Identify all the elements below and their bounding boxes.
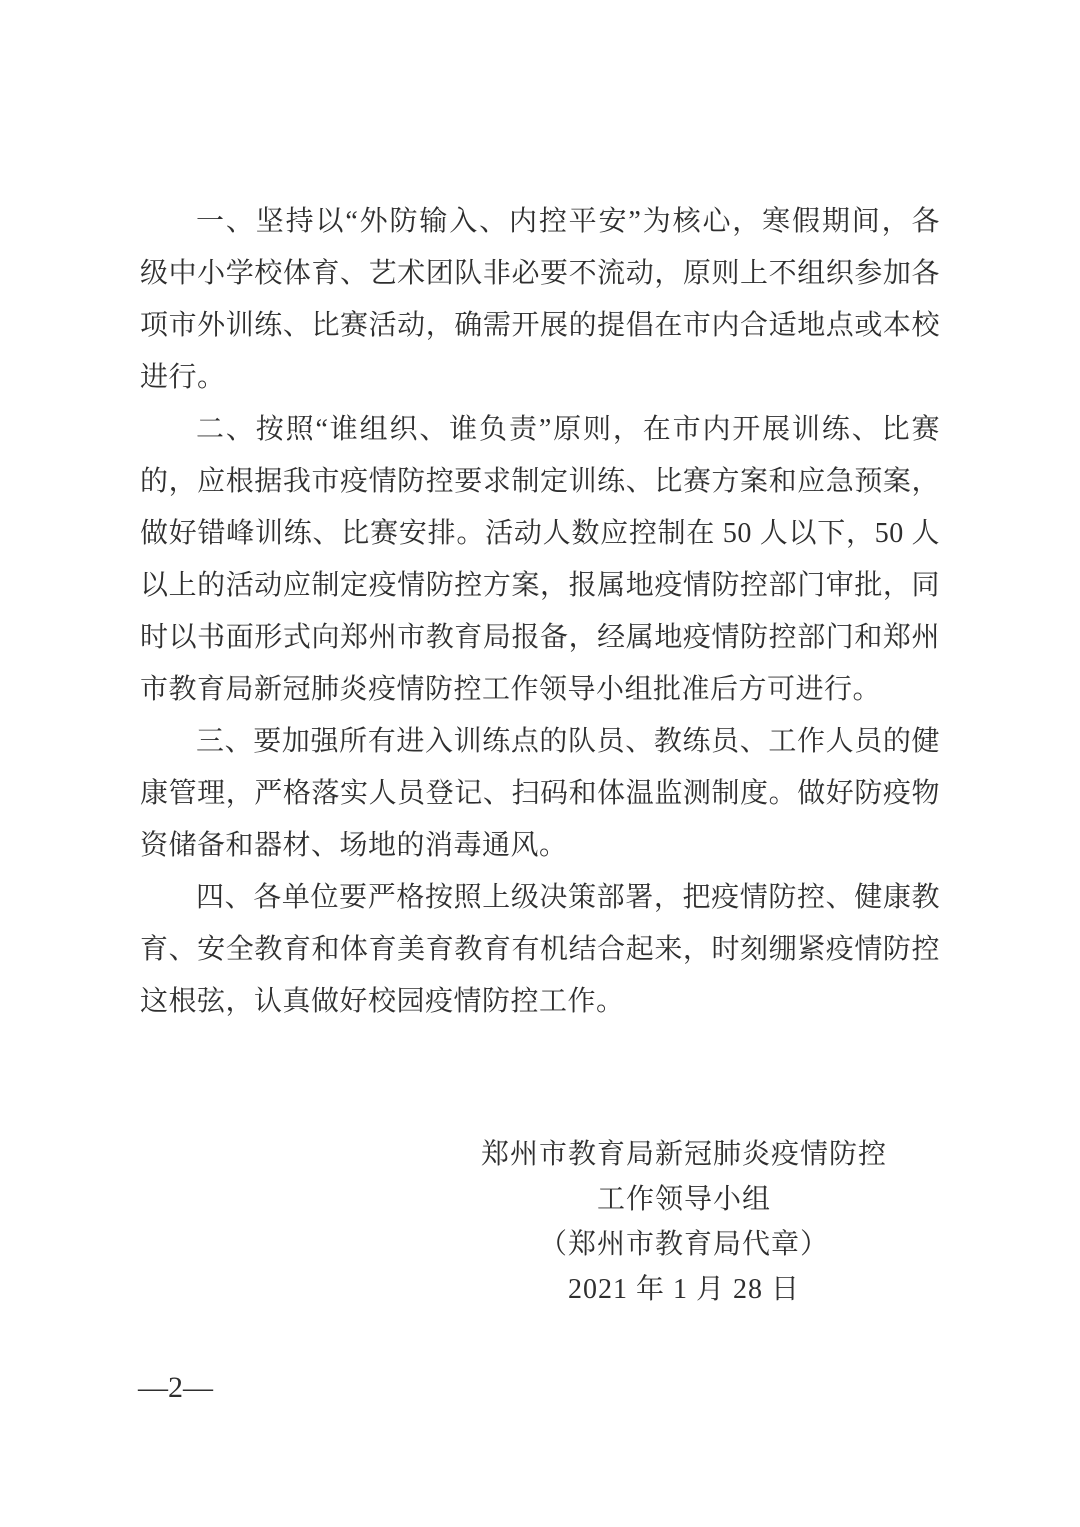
page-number: —2— <box>138 1362 213 1414</box>
document-body: 一、坚持以“外防输入、内控平安”为核心，寒假期间，各级中小学校体育、艺术团队非必… <box>140 196 940 1028</box>
text-line: 时以书面形式向郑州市教育局报备，经属地疫情防控部门和郑州 <box>140 612 940 664</box>
text-line: 做好错峰训练、比赛安排。活动人数应控制在 50 人以下，50 人 <box>140 508 940 560</box>
text-line: 级中小学校体育、艺术团队非必要不流动，原则上不组织参加各 <box>140 248 940 300</box>
signature-line: 工作领导小组 <box>384 1177 984 1222</box>
paragraph: 三、要加强所有进入训练点的队员、教练员、工作人员的健康管理，严格落实人员登记、扫… <box>140 716 940 872</box>
text-line: 四、各单位要严格按照上级决策部署，把疫情防控、健康教 <box>140 872 940 924</box>
text-line: 育、安全教育和体育美育教育有机结合起来，时刻绷紧疫情防控 <box>140 924 940 976</box>
text-line: 一、坚持以“外防输入、内控平安”为核心，寒假期间，各 <box>140 196 940 248</box>
signature-line: 2021 年 1 月 28 日 <box>384 1267 984 1312</box>
signature-line: （郑州市教育局代章） <box>384 1222 984 1267</box>
text-line: 资储备和器材、场地的消毒通风。 <box>140 820 940 872</box>
text-line: 二、按照“谁组织、谁负责”原则，在市内开展训练、比赛 <box>140 404 940 456</box>
paragraph: 四、各单位要严格按照上级决策部署，把疫情防控、健康教育、安全教育和体育美育教育有… <box>140 872 940 1028</box>
text-line: 进行。 <box>140 352 940 404</box>
text-line: 市教育局新冠肺炎疫情防控工作领导小组批准后方可进行。 <box>140 664 940 716</box>
text-line: 的，应根据我市疫情防控要求制定训练、比赛方案和应急预案， <box>140 456 940 508</box>
text-line: 康管理，严格落实人员登记、扫码和体温监测制度。做好防疫物 <box>140 768 940 820</box>
text-line: 以上的活动应制定疫情防控方案，报属地疫情防控部门审批，同 <box>140 560 940 612</box>
text-line: 这根弦，认真做好校园疫情防控工作。 <box>140 976 940 1028</box>
paragraph: 二、按照“谁组织、谁负责”原则，在市内开展训练、比赛的，应根据我市疫情防控要求制… <box>140 404 940 716</box>
text-line: 三、要加强所有进入训练点的队员、教练员、工作人员的健 <box>140 716 940 768</box>
document-page: 一、坚持以“外防输入、内控平安”为核心，寒假期间，各级中小学校体育、艺术团队非必… <box>0 0 1080 1527</box>
paragraph: 一、坚持以“外防输入、内控平安”为核心，寒假期间，各级中小学校体育、艺术团队非必… <box>140 196 940 404</box>
text-line: 项市外训练、比赛活动，确需开展的提倡在市内合适地点或本校 <box>140 300 940 352</box>
signature-block: 郑州市教育局新冠肺炎疫情防控工作领导小组（郑州市教育局代章）2021 年 1 月… <box>384 1132 984 1312</box>
signature-line: 郑州市教育局新冠肺炎疫情防控 <box>384 1132 984 1177</box>
